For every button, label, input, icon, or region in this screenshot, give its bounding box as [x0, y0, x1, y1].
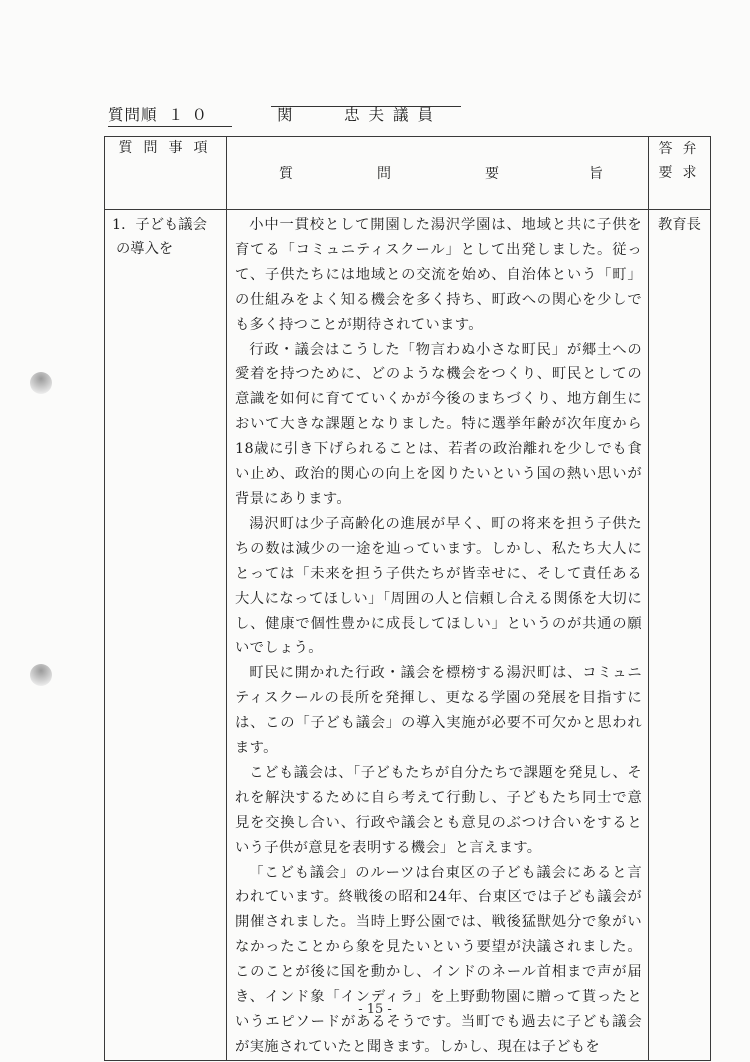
council-member-name: 関 忠夫議員 — [271, 105, 461, 107]
answerer-cell: 教育長 — [649, 210, 711, 1061]
question-item-title: 1．子ども議会 — [112, 213, 226, 237]
gist-paragraph: 湯沢町は少子高齢化の進展が早く、町の将来を担う子供たちの数は減少の一途を辿ってい… — [235, 512, 642, 661]
answer-header-line2: 要求 — [655, 161, 710, 185]
question-order: 質問順 １０ — [108, 105, 232, 127]
question-item-title-cont: の導入を — [112, 237, 226, 261]
gist-paragraph: 小中一貫校として開園した湯沢学園は、地域と共に子供を育てる「コミュニティスクール… — [235, 213, 642, 338]
punch-hole-upper — [30, 372, 52, 394]
column-header-question-item: 質問事項 — [105, 137, 227, 210]
gist-paragraph: 町民に開かれた行政・議会を標榜する湯沢町は、コミュニティスクールの長所を発揮し、… — [235, 661, 642, 761]
gist-char-2: 問 — [377, 163, 391, 183]
gist-char-3: 要 — [485, 163, 499, 183]
member-given-name-title: 忠夫議員 — [344, 105, 442, 125]
question-order-label: 質問順 — [108, 106, 158, 124]
answer-header-line1: 答弁 — [655, 137, 710, 161]
table-header-row: 質問事項 質 問 要 旨 答弁 要求 — [105, 137, 711, 210]
member-surname: 関 — [277, 105, 294, 125]
column-header-answer-request: 答弁 要求 — [649, 137, 711, 210]
table-row: 1．子ども議会 の導入を 小中一貫校として開園した湯沢学園は、地域と共に子供を育… — [105, 210, 711, 1061]
question-table: 質問事項 質 問 要 旨 答弁 要求 1．子ども議会 の導入を 小中一貫校として… — [104, 136, 711, 1061]
question-order-number: １０ — [168, 105, 215, 125]
question-item-cell: 1．子ども議会 の導入を — [105, 210, 227, 1061]
gist-char-1: 質 — [279, 163, 293, 183]
gist-paragraph: 行政・議会はこうした「物言わぬ小さな町民」が郷土への愛着を持つために、どのような… — [235, 338, 642, 512]
question-gist-cell: 小中一貫校として開園した湯沢学園は、地域と共に子供を育てる「コミュニティスクール… — [227, 210, 649, 1061]
page-number: - 15 - — [0, 1002, 750, 1017]
column-header-question-gist: 質 問 要 旨 — [227, 137, 649, 210]
gist-paragraph: 「こども議会」のルーツは台東区の子ども議会にあると言われています。終戦後の昭和2… — [235, 861, 642, 1060]
punch-hole-lower — [30, 664, 52, 686]
gist-char-4: 旨 — [589, 163, 603, 183]
gist-paragraph: こども議会は、「子どもたちが自分たちで課題を発見し、それを解決するために自ら考え… — [235, 761, 642, 861]
